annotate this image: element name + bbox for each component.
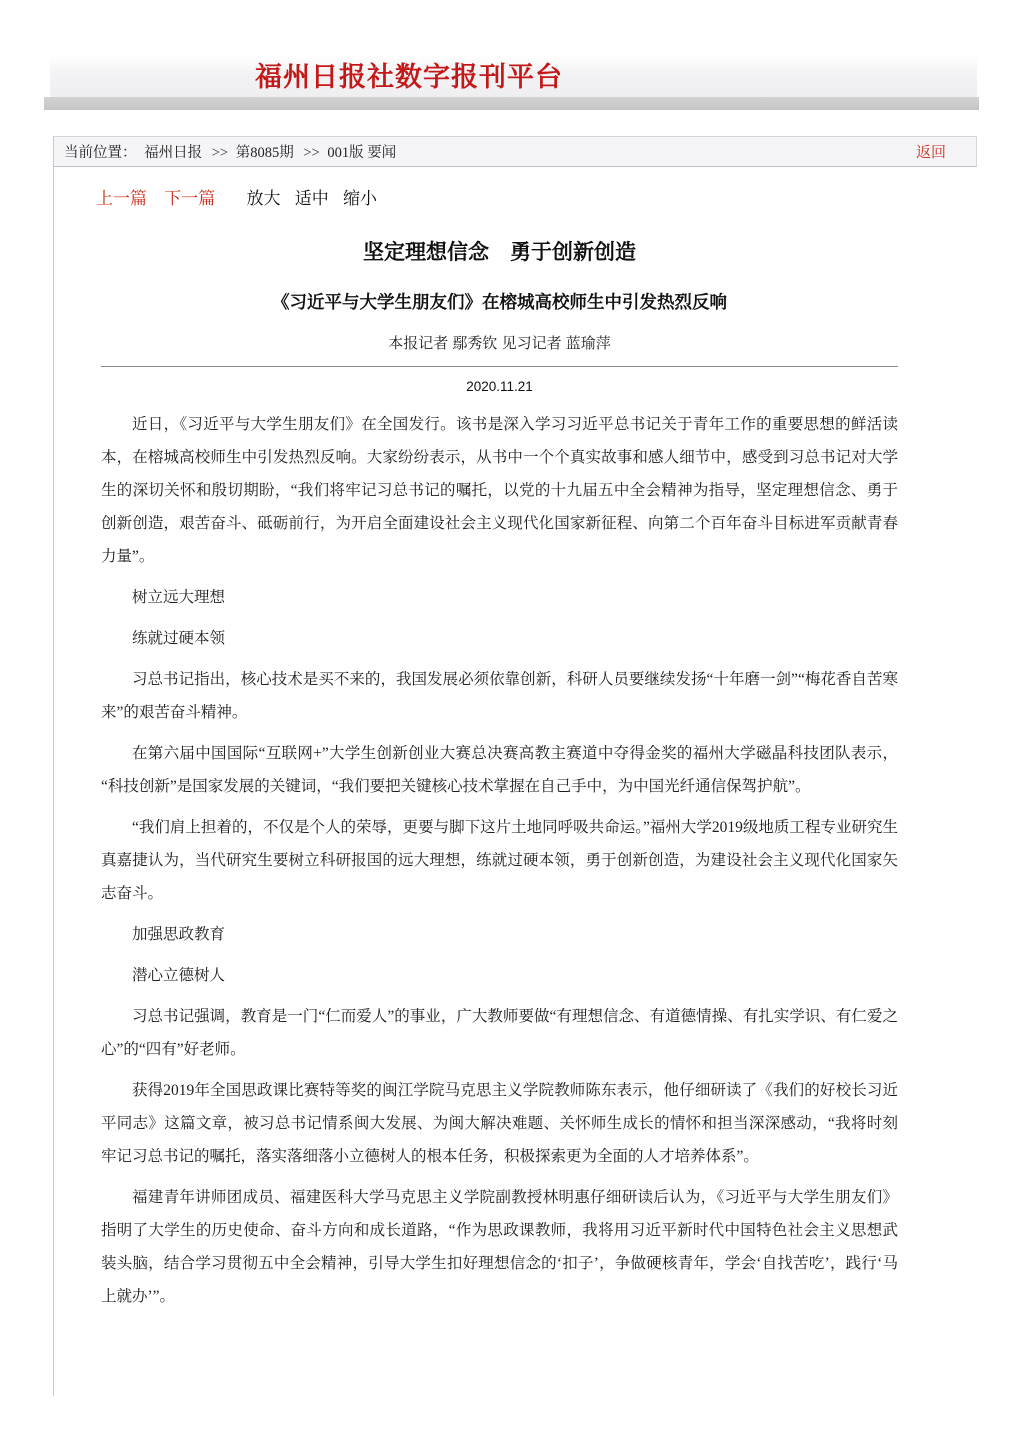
section-subhead: 练就过硬本领 — [101, 622, 898, 655]
article-paragraph: 近日，《习近平与大学生朋友们》在全国发行。该书是深入学习习近平总书记关于青年工作… — [101, 408, 898, 573]
section-subhead: 树立远大理想 — [101, 581, 898, 614]
breadcrumb-separator: >> — [212, 145, 228, 161]
breadcrumb-bar: 当前位置： 福州日报 >> 第8085期 >> 001版 要闻 返回 — [54, 136, 977, 167]
prev-article-link[interactable]: 上一篇 — [96, 189, 147, 208]
masthead-band: 福州日报社数字报刊平台 — [50, 55, 977, 97]
breadcrumb-item-issue[interactable]: 第8085期 — [236, 145, 294, 161]
article-body: 近日，《习近平与大学生朋友们》在全国发行。该书是深入学习习近平总书记关于青年工作… — [101, 408, 898, 1313]
breadcrumb-separator: >> — [303, 145, 319, 161]
byline-divider — [101, 366, 898, 367]
breadcrumb-item-paper[interactable]: 福州日报 — [144, 145, 202, 161]
font-zoom-out-button[interactable]: 缩小 — [343, 189, 377, 208]
article-date: 2020.11.21 — [101, 379, 898, 394]
site-title: 福州日报社数字报刊平台 — [255, 55, 563, 99]
breadcrumb-label: 当前位置： — [64, 145, 137, 161]
breadcrumb-item-page[interactable]: 001版 要闻 — [327, 145, 396, 161]
next-article-link[interactable]: 下一篇 — [164, 189, 215, 208]
article-paragraph: 习总书记指出，核心技术是买不来的，我国发展必须依靠创新，科研人员要继续发扬“十年… — [101, 663, 898, 729]
article-paragraph: 福建青年讲师团成员、福建医科大学马克思主义学院副教授林明惠仔细研读后认为，《习近… — [101, 1181, 898, 1313]
article: 坚定理想信念 勇于创新创造 《习近平与大学生朋友们》在榕城高校师生中引发热烈反响… — [54, 236, 977, 1313]
section-subhead: 潜心立德树人 — [101, 959, 898, 992]
article-title: 坚定理想信念 勇于创新创造 — [101, 236, 898, 266]
article-subtitle: 《习近平与大学生朋友们》在榕城高校师生中引发热烈反响 — [101, 289, 898, 314]
font-zoom-medium-button[interactable]: 适中 — [295, 189, 329, 208]
article-paragraph: 习总书记强调，教育是一门“仁而爱人”的事业，广大教师要做“有理想信念、有道德情操… — [101, 1000, 898, 1066]
font-zoom-in-button[interactable]: 放大 — [247, 189, 281, 208]
article-toolbar: 上一篇 下一篇 放大 适中 缩小 — [96, 184, 977, 209]
article-byline: 本报记者 鄢秀钦 见习记者 蓝瑜萍 — [101, 332, 898, 353]
section-subhead: 加强思政教育 — [101, 918, 898, 951]
content-container: 当前位置： 福州日报 >> 第8085期 >> 001版 要闻 返回 上一篇 下… — [53, 136, 977, 1396]
article-paragraph: 在第六届中国国际“互联网+”大学生创新创业大赛总决赛高教主赛道中夺得金奖的福州大… — [101, 737, 898, 803]
breadcrumb: 当前位置： 福州日报 >> 第8085期 >> 001版 要闻 — [64, 141, 400, 162]
article-paragraph: 获得2019年全国思政课比赛特等奖的闽江学院马克思主义学院教师陈东表示，他仔细研… — [101, 1074, 898, 1173]
article-paragraph: “我们肩上担着的，不仅是个人的荣辱，更要与脚下这片土地同呼吸共命运。”福州大学2… — [101, 811, 898, 910]
back-link[interactable]: 返回 — [916, 141, 946, 162]
